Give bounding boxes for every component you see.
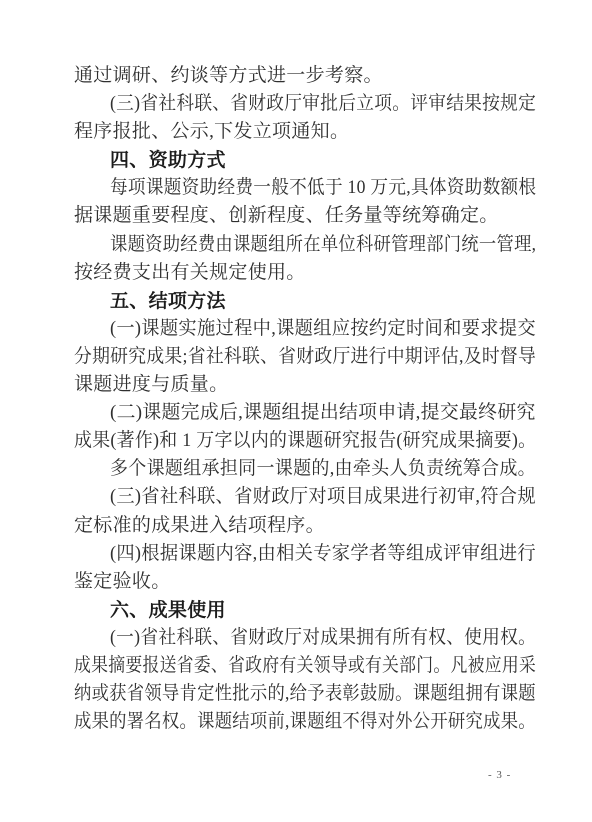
line-text: (一)课题实施过程中,课题组应按约定时间和要求提交	[110, 315, 536, 343]
text-line: 鉴定验收。	[74, 568, 536, 596]
line-text: 课题进度与质量。	[74, 371, 228, 399]
document-lines: 通过调研、约谈等方式进一步考察。(三)省社科联、省财政厅审批后立项。评审结果按规…	[74, 62, 536, 736]
line-text: 课题资助经费由课题组所在单位科研管理部门统一管理,	[110, 231, 536, 259]
document-page: 通过调研、约谈等方式进一步考察。(三)省社科联、省财政厅审批后立项。评审结果按规…	[0, 0, 592, 822]
text-line: (一)课题实施过程中,课题组应按约定时间和要求提交	[74, 315, 536, 343]
text-line: 成果(著作)和 1 万字以内的课题研究报告(研究成果摘要)。	[74, 427, 536, 455]
section-heading: 五、结项方法	[74, 287, 536, 315]
text-line: (三)省社科联、省财政厅审批后立项。评审结果按规定	[74, 90, 536, 118]
text-line: 多个课题组承担同一课题的,由牵头人负责统筹合成。	[74, 455, 536, 483]
line-text: 鉴定验收。	[74, 568, 171, 596]
line-text: (四)根据课题内容,由相关专家学者等组成评审组进行	[110, 540, 536, 568]
line-text: 五、结项方法	[110, 287, 226, 315]
text-line: 纳或获省领导肯定性批示的,给予表彰鼓励。课题组拥有课题	[74, 680, 536, 708]
line-text: 定标准的成果进入结项程序。	[74, 512, 325, 540]
section-heading: 四、资助方式	[74, 146, 536, 174]
line-text: (一)省社科联、省财政厅对成果拥有所有权、使用权。	[110, 624, 536, 652]
line-text: 分期研究成果;省社科联、省财政厅进行中期评估,及时督导	[74, 343, 536, 371]
line-text: (三)省社科联、省财政厅对项目成果进行初审,符合规	[110, 483, 536, 511]
line-text: 按经费支出有关规定使用。	[74, 259, 306, 287]
line-text: 每项课题资助经费一般不低于 10 万元,具体资助数额根	[110, 174, 536, 202]
text-line: (三)省社科联、省财政厅对项目成果进行初审,符合规	[74, 483, 536, 511]
text-line: 分期研究成果;省社科联、省财政厅进行中期评估,及时督导	[74, 343, 536, 371]
text-line: 按经费支出有关规定使用。	[74, 259, 536, 287]
line-text: 四、资助方式	[110, 146, 226, 174]
text-line: (一)省社科联、省财政厅对成果拥有所有权、使用权。	[74, 624, 536, 652]
line-text: 成果的署名权。课题结项前,课题组不得对外公开研究成果。	[74, 708, 536, 736]
line-text: 六、成果使用	[110, 596, 226, 624]
text-line: 成果的署名权。课题结项前,课题组不得对外公开研究成果。	[74, 708, 536, 736]
text-line: 通过调研、约谈等方式进一步考察。	[74, 62, 536, 90]
line-text: 成果摘要报送省委、省政府有关领导或有关部门。凡被应用采	[74, 652, 536, 680]
line-text: (三)省社科联、省财政厅审批后立项。评审结果按规定	[110, 90, 536, 118]
text-line: 课题进度与质量。	[74, 371, 536, 399]
text-line: 每项课题资助经费一般不低于 10 万元,具体资助数额根	[74, 174, 536, 202]
line-text: 通过调研、约谈等方式进一步考察。	[74, 62, 383, 90]
text-line: 课题资助经费由课题组所在单位科研管理部门统一管理,	[74, 231, 536, 259]
line-text: 多个课题组承担同一课题的,由牵头人负责统筹合成。	[110, 455, 536, 483]
line-text: (二)课题完成后,课题组提出结项申请,提交最终研究	[110, 399, 536, 427]
text-line: 成果摘要报送省委、省政府有关领导或有关部门。凡被应用采	[74, 652, 536, 680]
line-text: 程序报批、公示,下发立项通知。	[74, 118, 349, 146]
line-text: 纳或获省领导肯定性批示的,给予表彰鼓励。课题组拥有课题	[74, 680, 536, 708]
text-line: 定标准的成果进入结项程序。	[74, 512, 536, 540]
text-line: (二)课题完成后,课题组提出结项申请,提交最终研究	[74, 399, 536, 427]
page-number: - 3 -	[488, 769, 511, 781]
text-line: 程序报批、公示,下发立项通知。	[74, 118, 536, 146]
section-heading: 六、成果使用	[74, 596, 536, 624]
line-text: 成果(著作)和 1 万字以内的课题研究报告(研究成果摘要)。	[74, 427, 536, 455]
text-line: 据课题重要程度、创新程度、任务量等统筹确定。	[74, 202, 536, 230]
line-text: 据课题重要程度、创新程度、任务量等统筹确定。	[74, 202, 499, 230]
text-line: (四)根据课题内容,由相关专家学者等组成评审组进行	[74, 540, 536, 568]
